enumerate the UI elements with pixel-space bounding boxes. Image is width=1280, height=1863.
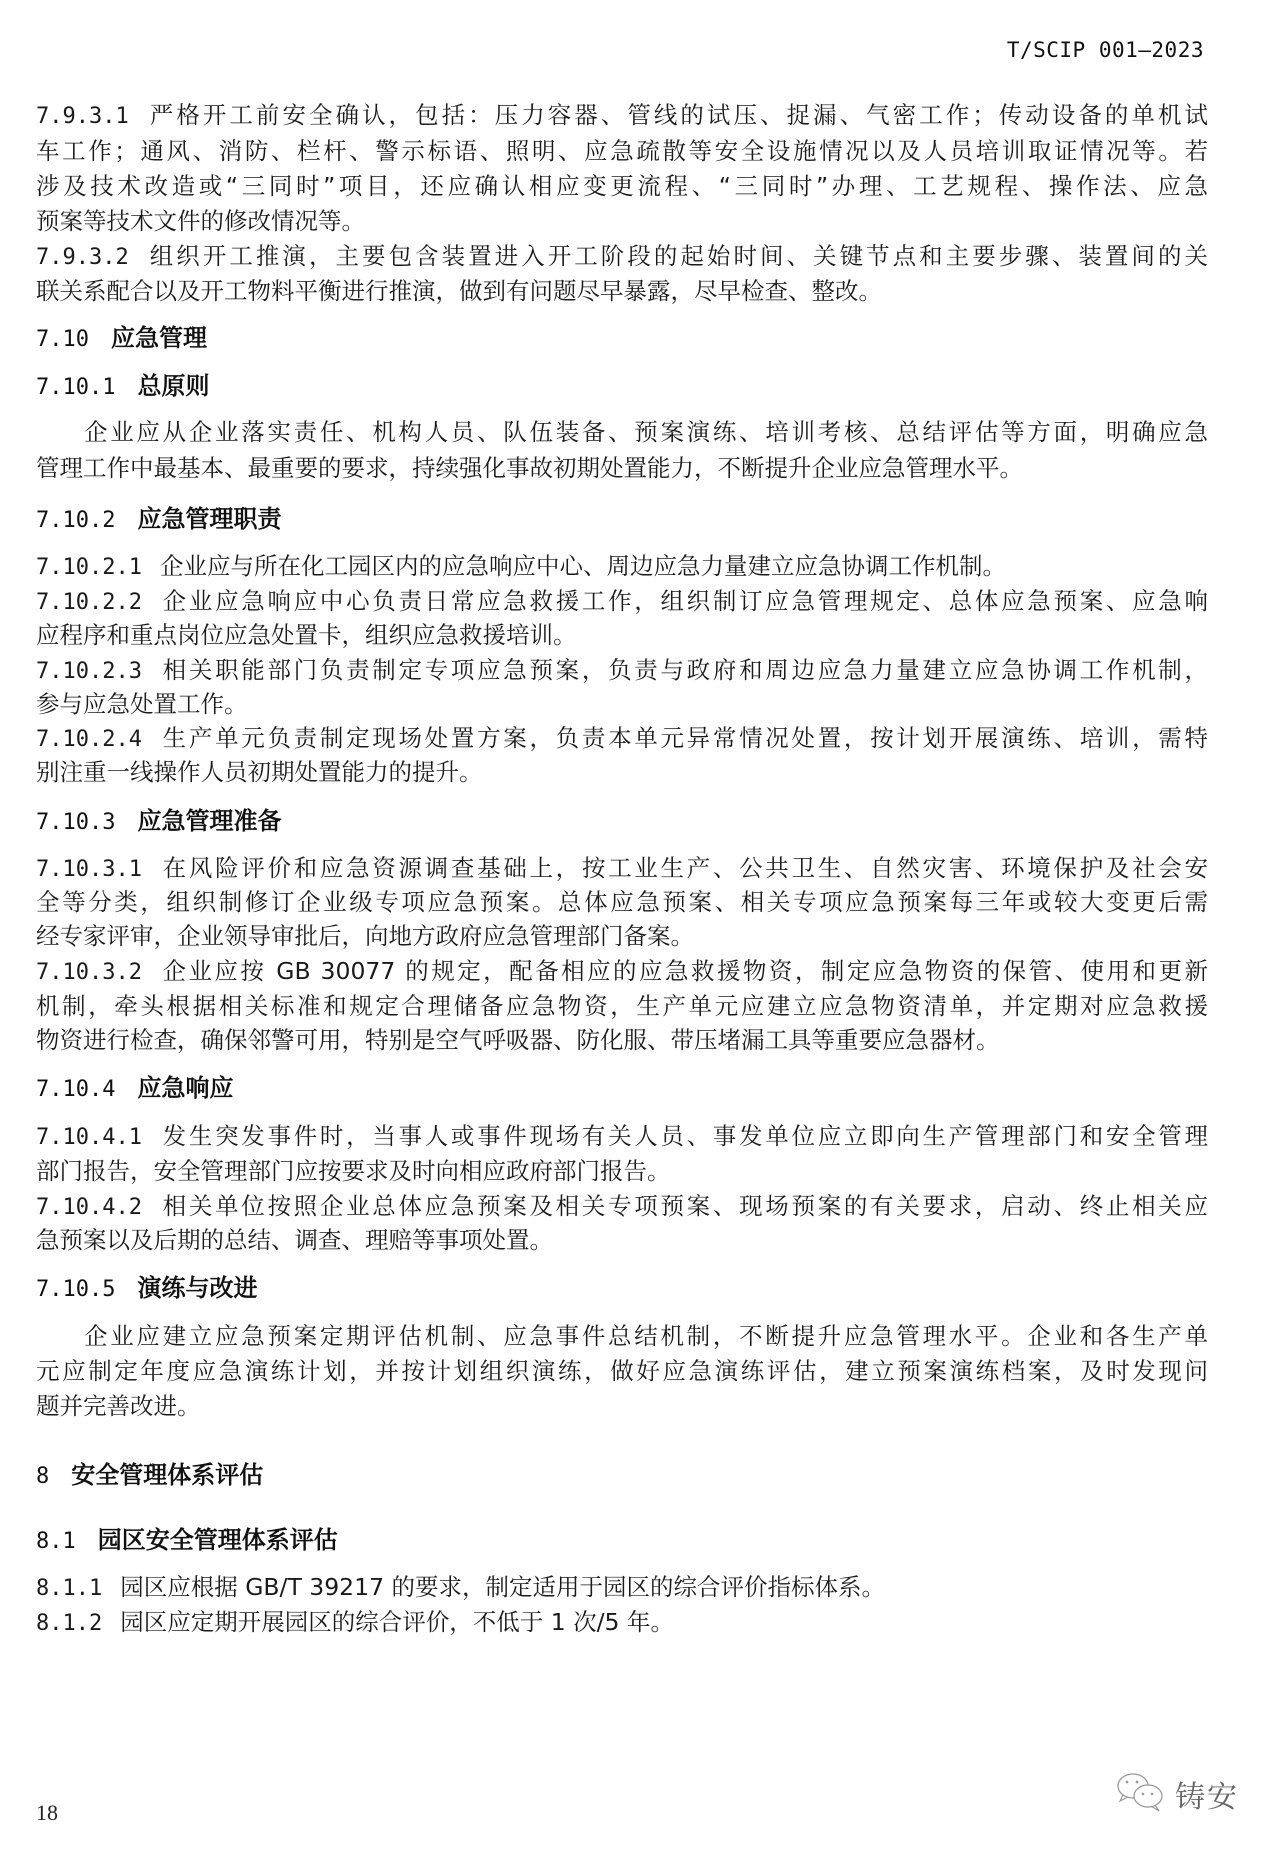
clause-71042-line-2: 急预案以及后期的总结、调查、理赔等事项处置。 bbox=[36, 1222, 1208, 1258]
clause-71022-line-1: 7.10.2.2企业应急响应中心负责日常应急救援工作，组织制订应急管理规定、总体… bbox=[36, 583, 1208, 619]
heading-8: 8安全管理体系评估 bbox=[36, 1457, 263, 1495]
clause-71041-line-2: 部门报告，安全管理部门应按要求及时向相应政府部门报告。 bbox=[36, 1153, 1208, 1189]
clause-812: 8.1.2园区应定期开展园区的综合评价，不低于 1 次/5 年。 bbox=[36, 1604, 1208, 1640]
clause-71023-line-1: 7.10.2.3相关职能部门负责制定专项应急预案，负责与政府和周边应急力量建立应… bbox=[36, 652, 1208, 688]
para-7101-line-1: 企业应从企业落实责任、机构人员、队伍装备、预案演练、培训考核、总结评估等方面，明… bbox=[36, 414, 1208, 450]
clause-7932-line-1: 7.9.3.2组织开工推演，主要包含装置进入开工阶段的起始时间、关键节点和主要步… bbox=[36, 238, 1208, 274]
watermark: 铸安 bbox=[1115, 1770, 1239, 1818]
clause-number: 7.9.3.2 bbox=[36, 245, 129, 270]
clause-7931-line-1: 7.9.3.1严格开工前安全确认，包括：压力容器、管线的试压、捉漏、气密工作；传… bbox=[36, 97, 1208, 133]
clause-71024-line-2: 别注重一线操作人员初期处置能力的提升。 bbox=[36, 754, 1208, 790]
clause-71032-line-3: 物资进行检查，确保邻警可用，特别是空气呼吸器、防化服、带压堵漏工具等重要应急器材… bbox=[36, 1022, 1208, 1058]
clause-71032-line-2: 机制，牵头根据相关标准和规定合理储备应急物资，生产单元应建立应急物资清单，并定期… bbox=[36, 988, 1208, 1024]
clause-7931-line-4: 预案等技术文件的修改情况等。 bbox=[36, 203, 1208, 239]
clause-71022-line-2: 应程序和重点岗位应急处置卡，组织应急救援培训。 bbox=[36, 617, 1208, 653]
para-7105-line-2: 元应制定年度应急演练计划，并按计划组织演练，做好应急演练评估，建立预案演练档案，… bbox=[36, 1353, 1208, 1389]
clause-7931-line-3: 涉及技术改造或“三同时”项目，还应确认相应变更流程、“三同时”办理、工艺规程、操… bbox=[36, 168, 1208, 204]
wechat-icon bbox=[1115, 1770, 1167, 1818]
clause-71031-line-2: 全等分类，组织制修订企业级专项应急预案。总体应急预案、相关专项应急预案每三年或较… bbox=[36, 884, 1208, 920]
heading-7-10-5: 7.10.5演练与改进 bbox=[36, 1270, 257, 1308]
heading-7-10-4: 7.10.4应急响应 bbox=[36, 1070, 233, 1108]
clause-7931-line-2: 车工作；通风、消防、栏杆、警示标语、照明、应急疏散等安全设施情况以及人员培训取证… bbox=[36, 133, 1208, 169]
clause-71041-line-1: 7.10.4.1发生突发事件时，当事人或事件现场有关人员、事发单位应立即向生产管… bbox=[36, 1118, 1208, 1154]
clause-71031-line-1: 7.10.3.1在风险评价和应急资源调查基础上，按工业生产、公共卫生、自然灾害、… bbox=[36, 850, 1208, 886]
para-7105-line-1: 企业应建立应急预案定期评估机制、应急事件总结机制，不断提升应急管理水平。企业和各… bbox=[36, 1318, 1208, 1354]
page-number: 18 bbox=[36, 1800, 58, 1826]
para-7101-line-2: 管理工作中最基本、最重要的要求，持续强化事故初期处置能力，不断提升企业应急管理水… bbox=[36, 450, 1208, 486]
heading-8-1: 8.1园区安全管理体系评估 bbox=[36, 1522, 338, 1560]
clause-71042-line-1: 7.10.4.2相关单位按照企业总体应急预案及相关专项预案、现场预案的有关要求，… bbox=[36, 1188, 1208, 1224]
clause-811: 8.1.1园区应根据 GB/T 39217 的要求，制定适用于园区的综合评价指标… bbox=[36, 1569, 1208, 1605]
heading-7-10: 7.10应急管理 bbox=[36, 320, 207, 358]
clause-71024-line-1: 7.10.2.4生产单元负责制定现场处置方案，负责本单元异常情况处置，按计划开展… bbox=[36, 720, 1208, 756]
heading-7-10-3: 7.10.3应急管理准备 bbox=[36, 803, 281, 841]
watermark-text: 铸安 bbox=[1175, 1772, 1239, 1816]
heading-7-10-1: 7.10.1总原则 bbox=[36, 368, 209, 406]
heading-7-10-2: 7.10.2应急管理职责 bbox=[36, 501, 281, 539]
clause-number: 7.9.3.1 bbox=[36, 104, 129, 129]
clause-71023-line-2: 参与应急处置工作。 bbox=[36, 686, 1208, 722]
para-7105-line-3: 题并完善改进。 bbox=[36, 1388, 1208, 1424]
standard-code: T/SCIP 001—2023 bbox=[1007, 38, 1204, 62]
clause-71021: 7.10.2.1企业应与所在化工园区内的应急响应中心、周边应急力量建立应急协调工… bbox=[36, 548, 1208, 584]
clause-7932-line-2: 联关系配合以及开工物料平衡进行推演，做到有问题尽早暴露，尽早检查、整改。 bbox=[36, 273, 1208, 309]
clause-71031-line-3: 经专家评审，企业领导审批后，向地方政府应急管理部门备案。 bbox=[36, 918, 1208, 954]
clause-71032-line-1: 7.10.3.2企业应按 GB 30077 的规定，配备相应的应急救援物资，制定… bbox=[36, 953, 1208, 989]
